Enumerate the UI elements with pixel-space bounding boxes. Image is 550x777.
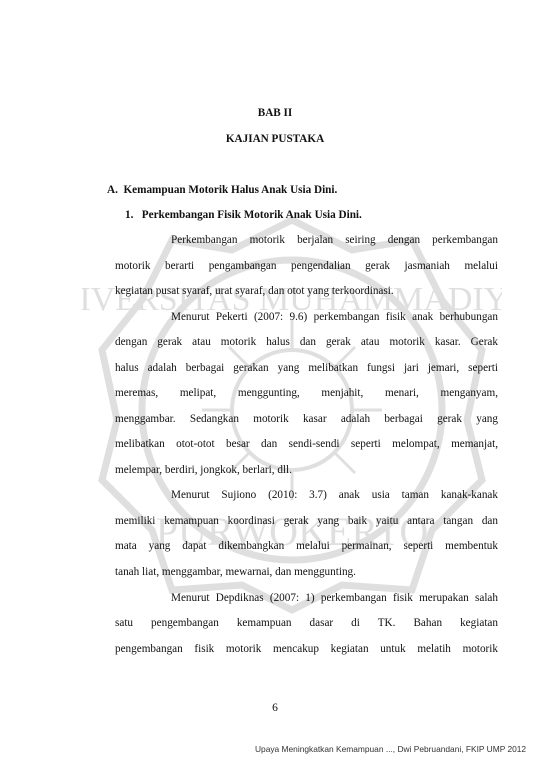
subsection-heading: 1. Perkembangan Fisik Motorik Anak Usia …: [125, 209, 362, 221]
body-line: kegiatan pusat syaraf, urat syaraf, dan …: [115, 285, 498, 297]
body-line: Menurut Depdiknas (2007: 1) perkembangan…: [171, 592, 498, 604]
page-number: 6: [0, 702, 550, 714]
body-line: mata yang dapat dikembangkan melalui per…: [115, 540, 498, 552]
chapter-title: KAJIAN PUSTAKA: [0, 133, 550, 145]
body-line: motorik berarti pengambangan pengendalia…: [115, 260, 498, 272]
document-page: UNIVERSITAS MUHAMMADIYAH PURWOKERTO BAB …: [0, 0, 550, 777]
body-line: tanah liat, menggambar, mewarnai, dan me…: [115, 566, 498, 578]
page-footer: Upaya Meningkatkan Kemampuan ..., Dwi Pe…: [255, 744, 526, 754]
body-line: satu pengembangan kemampuan dasar di TK.…: [115, 617, 498, 629]
chapter-label: BAB II: [0, 107, 550, 119]
body-line: pengembangan fisik motorik mencakup kegi…: [115, 643, 498, 655]
body-line: melempar, berdiri, jongkok, berlari, dll…: [115, 464, 498, 476]
body-line: meremas, melipat, menggunting, menjahit,…: [115, 387, 498, 399]
body-line: Perkembangan motorik berjalan seiring de…: [171, 234, 498, 246]
body-line: Menurut Sujiono (2010: 3.7) anak usia ta…: [171, 489, 498, 501]
body-line: dengan gerak atau motorik halus dan gera…: [115, 336, 498, 348]
section-heading: A. Kemampuan Motorik Halus Anak Usia Din…: [107, 184, 337, 196]
body-line: melibatkan otot-otot besar dan sendi-sen…: [115, 438, 498, 450]
body-line: menggambar. Sedangkan motorik kasar adal…: [115, 413, 498, 425]
body-line: halus adalah berbagai gerakan yang melib…: [115, 362, 498, 374]
body-line: Menurut Pekerti (2007: 9.6) perkembangan…: [171, 311, 498, 323]
body-line: memiliki kemampuan koordinasi gerak yang…: [115, 515, 498, 527]
